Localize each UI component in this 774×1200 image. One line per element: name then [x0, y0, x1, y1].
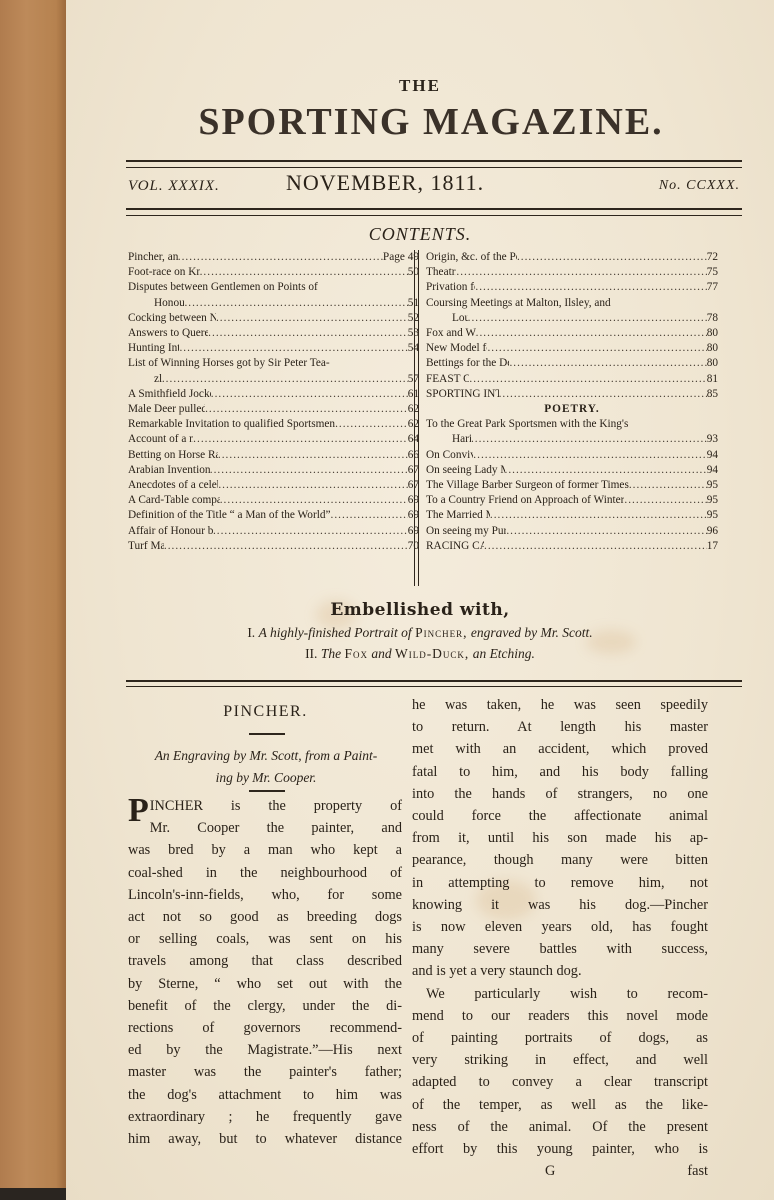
body-line: or selling coals, was sent on his — [128, 928, 402, 950]
body-line: act not so good as breeding dogs — [128, 906, 402, 928]
toc-entry[interactable]: To a Country Friend on Approach of Winte… — [426, 493, 718, 508]
toc-entry[interactable]: Hunting Intelligence54 — [128, 341, 419, 356]
toc-entry[interactable]: Male Deer pulled down by Hariers62 — [128, 402, 419, 417]
toc-entry[interactable]: On seeing my Purse empty..Epigram96 — [426, 524, 718, 539]
toc-entry[interactable]: Betting on Horse Races---Clayton v. Dill… — [128, 448, 419, 463]
toc-entry-line[interactable]: Disputes between Gentlemen on Points of — [128, 280, 419, 295]
toc-entry-line[interactable]: List of Winning Horses got by Sir Peter … — [128, 356, 419, 371]
magazine-page: THE SPORTING MAGAZINE. VOL. XXXIX. NOVEM… — [66, 0, 774, 1200]
body-line: the dog's attachment to him was — [128, 1084, 402, 1106]
body-line: mend to our readers this novel mode — [412, 1005, 708, 1027]
body-line: extraordinary ; he frequently gave — [128, 1106, 402, 1128]
body-line: many severe battles with success, — [412, 938, 708, 960]
body-line: met with an accident, which proved — [412, 738, 708, 760]
masthead-rule-top — [126, 160, 742, 168]
toc-entry[interactable]: Pincher, an EngravingPage 49 — [128, 250, 419, 265]
toc-entry[interactable]: Turf Matches70 — [128, 539, 419, 554]
book-binding-edge — [0, 0, 66, 1200]
magazine-title: SPORTING MAGAZINE. — [126, 100, 736, 144]
toc-entry[interactable]: A Card-Table compared to a Field of Batt… — [128, 493, 419, 508]
body-line: We particularly wish to recom- — [412, 983, 708, 1005]
title-rule — [249, 733, 285, 735]
masthead-the: THE — [66, 76, 774, 96]
issue-number: No. CCXXX. — [659, 178, 740, 194]
body-line: by Sterne, “ who set out with the — [128, 973, 402, 995]
subtitle-rule — [249, 790, 285, 792]
toc-entry[interactable]: Bettings for the Derby and Oaks, 181280 — [426, 356, 718, 371]
toc-entry[interactable]: Privation for Ever !77 — [426, 280, 718, 295]
toc-entry[interactable]: SPORTING INTELLIGENCE..85 — [426, 387, 718, 402]
toc-entry[interactable]: FEAST OF WIT81 — [426, 372, 718, 387]
body-line: could force the affectionate animal — [412, 805, 708, 827]
body-line: benefit of the clergy, under the di- — [128, 995, 402, 1017]
toc-entry-continuation[interactable]: Honour, &c.51 — [128, 296, 419, 311]
toc-entry[interactable]: Answers to Quere relative to Eclipse53 — [128, 326, 419, 341]
toc-entry[interactable]: RACING CALENDAR17 — [426, 539, 718, 554]
body-line: Mr. Cooper the painter, and — [128, 817, 402, 839]
toc-entry-line[interactable]: Coursing Meetings at Malton, Ilsley, and — [426, 296, 718, 311]
toc-entry[interactable]: The Village Barber Surgeon of former Tim… — [426, 478, 718, 493]
body-line: is now eleven years old, has fought — [412, 916, 708, 938]
masthead-rule-bottom — [126, 208, 742, 216]
toc-entry[interactable]: Affair of Honour between two Baronets69 — [128, 524, 419, 539]
article-body-right-column: he was taken, he was seen speedily to re… — [412, 694, 708, 1182]
body-line: rections of governors recommend- — [128, 1017, 402, 1039]
body-line: adapted to convey a clear transcript — [412, 1071, 708, 1093]
signature-line: G fast — [412, 1160, 708, 1182]
toc-entry-continuation[interactable]: zle57 — [128, 372, 419, 387]
issue-line: VOL. XXXIX. NOVEMBER, 1811. No. CCXXX. — [128, 170, 740, 200]
toc-entry-line[interactable]: To the Great Park Sportsmen with the Kin… — [426, 417, 718, 432]
toc-entry[interactable]: Remarkable Invitation to qualified Sport… — [128, 417, 419, 432]
article-title: PINCHER. — [128, 703, 403, 721]
toc-entry[interactable]: New Model for Carriages80 — [426, 341, 718, 356]
toc-entry[interactable]: Account of a new Gun-lock64 — [128, 432, 419, 447]
embellished-heading: Embellished with, — [66, 600, 774, 620]
embellishment-item-1: I. A highly-finished Portrait of Pincher… — [66, 625, 774, 641]
body-line: ness of the animal. Of the present — [412, 1116, 708, 1138]
body-line: of painting portraits of dogs, as — [412, 1027, 708, 1049]
toc-entry-continuation[interactable]: Hariers93 — [426, 432, 718, 447]
toc-entry[interactable]: A Smithfield Jockey in former Times..61 — [128, 387, 419, 402]
body-line: in attempting to remove him, not — [412, 872, 708, 894]
body-line: he was taken, he was seen speedily — [412, 694, 708, 716]
contents-left-column: Pincher, an EngravingPage 49 Foot-race o… — [128, 250, 419, 554]
body-line: and is yet a very staunch dog. — [412, 960, 708, 982]
body-line: of the temper, as well as the like- — [412, 1094, 708, 1116]
toc-entry[interactable]: Origin, &c. of the Polish Game of Draugh… — [426, 250, 718, 265]
toc-entry[interactable]: On Conviviality....94 — [426, 448, 718, 463]
article-subtitle: An Engraving by Mr. Scott, from a Paint-… — [132, 745, 400, 789]
toc-entry[interactable]: Foot-race on Knavesmire, York50 — [128, 265, 419, 280]
toc-entry[interactable]: Theatricals75 — [426, 265, 718, 280]
body-line: was bred by a man who kept a — [128, 839, 402, 861]
embellishment-item-2: II. The Fox and Wild-Duck, an Etching. — [66, 646, 774, 662]
toc-entry[interactable]: The Married Man at Home95 — [426, 508, 718, 523]
poetry-heading: POETRY. — [426, 402, 718, 417]
body-line: into the hands of strangers, no one — [412, 783, 708, 805]
contents-column-divider — [414, 250, 419, 586]
toc-entry[interactable]: Definition of the Title “ a Man of the W… — [128, 508, 419, 523]
body-line: from it, until his son made his ap- — [412, 827, 708, 849]
section-rule — [126, 680, 742, 687]
issue-date: NOVEMBER, 1811. — [286, 170, 484, 196]
toc-entry[interactable]: Cocking between Norfolk and Cambridge52 — [128, 311, 419, 326]
body-line: effort by this young painter, who is — [412, 1138, 708, 1160]
body-line: to return. At length his master — [412, 716, 708, 738]
body-line: knowing it was his dog.—Pincher — [412, 894, 708, 916]
contents-right-column: Origin, &c. of the Polish Game of Draugh… — [426, 250, 718, 554]
drop-cap: P — [128, 796, 149, 826]
binding-foot-shadow — [0, 1188, 66, 1200]
body-line: Lincoln's-inn-fields, who, for some — [128, 884, 402, 906]
body-line: coal-shed in the neighbourhood of — [128, 862, 402, 884]
toc-entry[interactable]: On seeing Lady M. airing her Dogs94 — [426, 463, 718, 478]
toc-entry[interactable]: Arabian Invention of a Life-Preserver67 — [128, 463, 419, 478]
signature-mark: G — [545, 1160, 555, 1182]
body-line: him away, but to whatever distance — [128, 1128, 402, 1150]
body-line: travels among that class described — [128, 950, 402, 972]
volume-number: VOL. XXXIX. — [128, 178, 220, 195]
catchword: fast — [687, 1160, 708, 1182]
toc-entry[interactable]: Anecdotes of a celebrated Horse-Breaker.… — [128, 478, 419, 493]
body-line: pearance, though many were bitten — [412, 849, 708, 871]
article-body-left-column: P INCHER is the property of Mr. Cooper t… — [128, 795, 402, 1150]
body-line: ed by the Magistrate.”—His next — [128, 1039, 402, 1061]
body-line: fatal to him, and his body falling — [412, 761, 708, 783]
body-line: master was the painter's father; — [128, 1061, 402, 1083]
toc-entry-continuation[interactable]: Louth78 — [426, 311, 718, 326]
toc-entry[interactable]: Fox and Wild Duck80 — [426, 326, 718, 341]
contents-heading: CONTENTS. — [66, 224, 774, 245]
body-line: INCHER is the property of — [128, 795, 402, 817]
body-line: very striking in effect, and well — [412, 1049, 708, 1071]
